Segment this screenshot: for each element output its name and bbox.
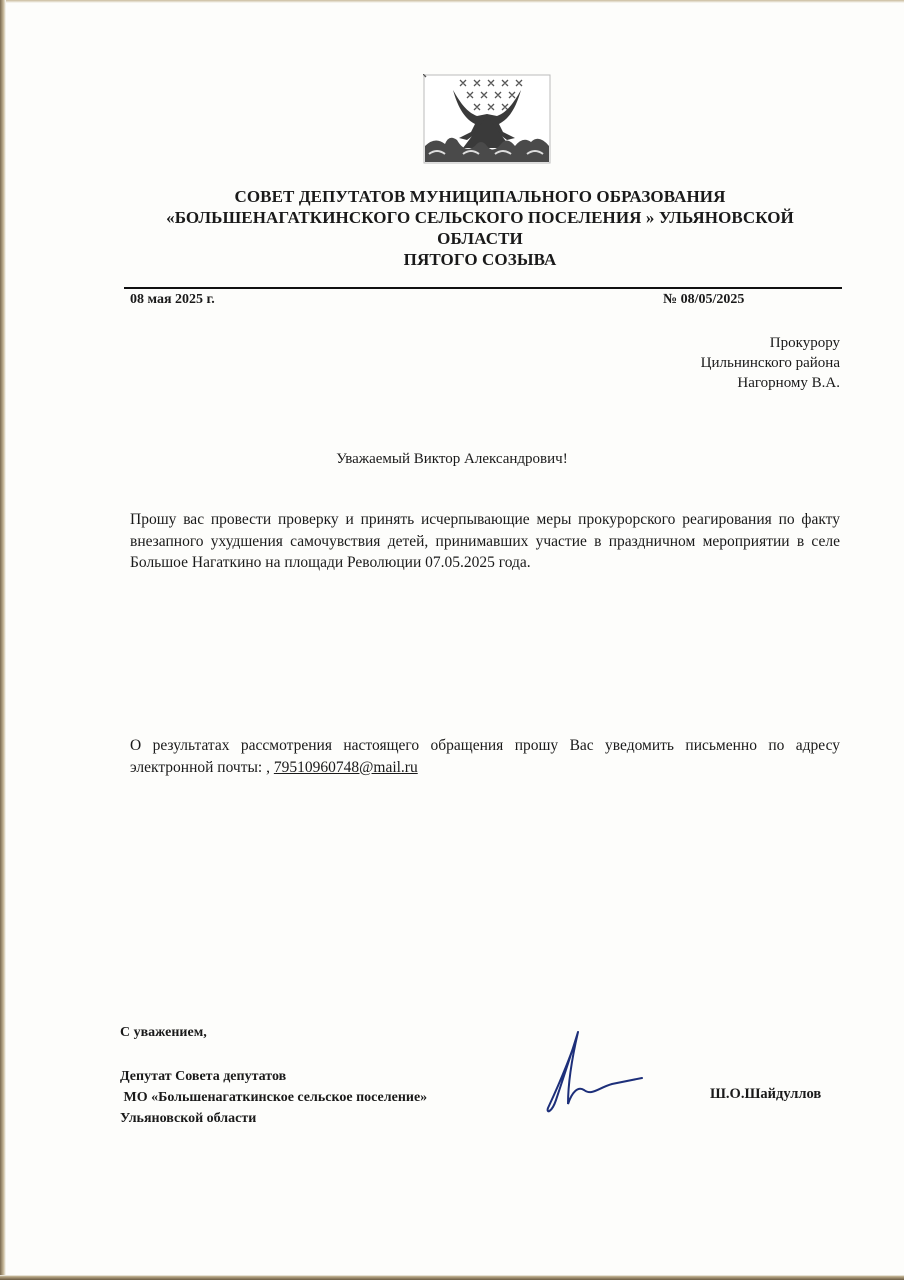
email-link[interactable]: 79510960748@mail.ru: [274, 759, 418, 776]
position-line-2: МО «Большенагаткинское сельское поселени…: [120, 1087, 427, 1108]
signer-name: Ш.О.Шайдуллов: [710, 1086, 821, 1103]
addressee-block: Прокурору Цильнинского района Нагорному …: [701, 333, 840, 393]
letterhead-line-1: СОВЕТ ДЕПУТАТОВ МУНИЦИПАЛЬНОГО ОБРАЗОВАН…: [120, 186, 840, 207]
letterhead-line-3: ОБЛАСТИ: [120, 228, 840, 249]
salutation: Уважаемый Виктор Александрович!: [0, 451, 904, 468]
letterhead-title: СОВЕТ ДЕПУТАТОВ МУНИЦИПАЛЬНОГО ОБРАЗОВАН…: [120, 186, 840, 270]
addressee-line-1: Прокурору: [701, 333, 840, 353]
notification-text: О результатах рассмотрения настоящего об…: [130, 737, 840, 776]
addressee-line-3: Нагорному В.А.: [701, 373, 840, 393]
closing-regards: С уважением,: [120, 1025, 207, 1041]
paper-edge-left: [0, 0, 6, 1280]
body-paragraph-notification: О результатах рассмотрения настоящего об…: [130, 735, 840, 778]
body-paragraph-request: Прошу вас провести проверку и принять ис…: [130, 509, 840, 574]
paper-edge-bottom: [0, 1275, 904, 1280]
letterhead-line-4: ПЯТОГО СОЗЫВА: [120, 249, 840, 270]
document-number: № 08/05/2025: [663, 292, 744, 308]
letterhead-line-2: «БОЛЬШЕНАГАТКИНСКОГО СЕЛЬСКОГО ПОСЕЛЕНИЯ…: [120, 207, 840, 228]
header-divider: [124, 287, 842, 289]
position-line-3: Ульяновской области: [120, 1108, 427, 1129]
paper-edge-top: [0, 0, 904, 3]
document-date: 08 мая 2025 г.: [130, 292, 215, 308]
signer-position: Депутат Совета депутатов МО «Большенагат…: [120, 1066, 427, 1129]
handwritten-signature-icon: [538, 1028, 648, 1118]
coat-of-arms-icon: [423, 74, 551, 164]
addressee-line-2: Цильнинского района: [701, 353, 840, 373]
position-line-1: Депутат Совета депутатов: [120, 1066, 427, 1087]
